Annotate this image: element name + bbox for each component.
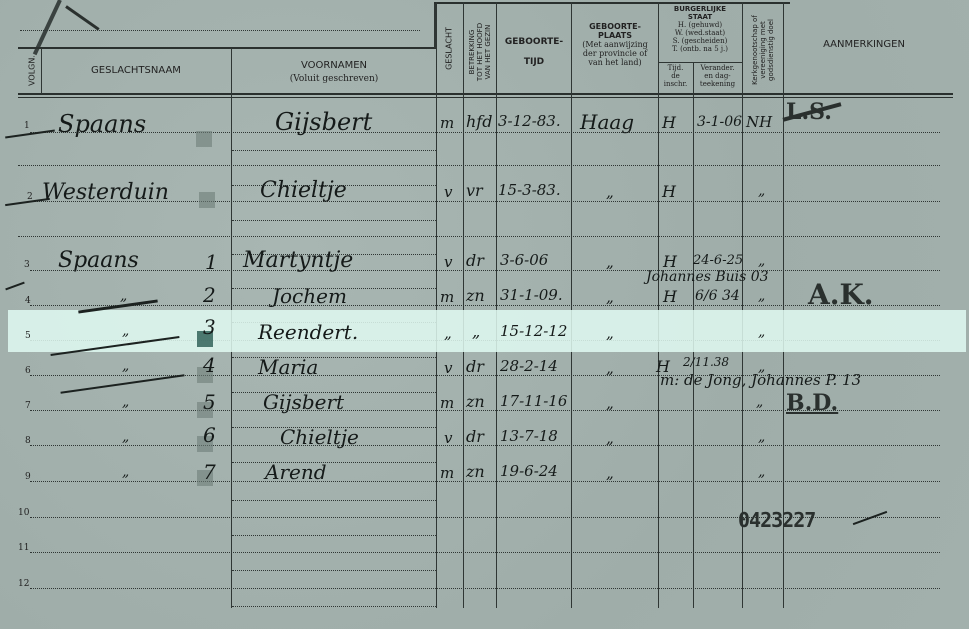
row-number: 1 bbox=[24, 121, 30, 131]
sex: m bbox=[440, 394, 454, 412]
header-betrekking: BETREKKING TOT HET HOOFD VAN HET GEZIN bbox=[468, 17, 492, 87]
civil-date: 3-1-06 bbox=[697, 114, 742, 130]
sex: v bbox=[444, 253, 452, 271]
header-aanmerkingen: AANMERKINGEN bbox=[784, 40, 944, 50]
relation: „ bbox=[472, 322, 480, 341]
birthplace: „ bbox=[606, 183, 614, 201]
church: „ bbox=[758, 288, 765, 304]
header-geboorteplaats: GEBOORTE- PLAATS (Met aanwijzing der pro… bbox=[572, 22, 658, 67]
header-voornamen-sub: (Voluit geschreven) bbox=[232, 74, 436, 84]
surname: „ bbox=[122, 429, 129, 445]
row-number: 11 bbox=[18, 543, 29, 553]
header-volgnr: VOLGN. bbox=[28, 51, 37, 91]
birthdate: 19-6-24 bbox=[500, 462, 558, 480]
surname: „ bbox=[122, 323, 129, 339]
child-marker: 1 bbox=[205, 250, 218, 274]
relation: vr bbox=[466, 181, 483, 200]
firstname: Chieltje bbox=[260, 178, 347, 203]
row-number: 7 bbox=[25, 401, 31, 411]
header-burgerlijke-staat: BURGERLIJKE STAAT H. (gehuwd) W. (wed.st… bbox=[658, 5, 742, 53]
personal-card: VOLGN. GESLACHTSNAAM VOORNAMEN (Voluit g… bbox=[0, 0, 969, 629]
sex: v bbox=[444, 359, 452, 377]
birthplace: „ bbox=[606, 464, 614, 482]
row-number: 12 bbox=[18, 579, 29, 589]
church: NH bbox=[746, 113, 772, 131]
relation: zn bbox=[466, 392, 485, 411]
birthdate: 17-11-16 bbox=[500, 392, 567, 410]
birthplace: „ bbox=[606, 429, 614, 447]
church: „ bbox=[758, 324, 765, 340]
firstname: Martyntje bbox=[243, 248, 353, 273]
relation: zn bbox=[466, 462, 485, 481]
relation: zn bbox=[466, 286, 485, 305]
header-geslachtsnaam: GESLACHTSNAAM bbox=[42, 66, 230, 76]
row-number: 8 bbox=[25, 436, 31, 446]
selected-row-highlight bbox=[8, 310, 966, 352]
sex: m bbox=[440, 288, 454, 306]
church: „ bbox=[758, 183, 765, 199]
row-number: 9 bbox=[25, 472, 31, 482]
surname: Spaans bbox=[58, 248, 139, 273]
birthdate: 31-1-09. bbox=[500, 286, 563, 304]
sex: v bbox=[444, 183, 452, 201]
civil-date: 24-6-25 bbox=[693, 253, 743, 268]
row-number: 10 bbox=[18, 508, 29, 518]
spouse-annotation: Johannes Buis 03 bbox=[646, 269, 769, 285]
surname: „ bbox=[122, 464, 129, 480]
birthdate: 13-7-18 bbox=[500, 427, 558, 445]
firstname: Chieltje bbox=[280, 425, 359, 449]
church: „ bbox=[758, 464, 765, 480]
civil-status: H bbox=[662, 182, 676, 201]
surname: „ bbox=[122, 394, 129, 410]
birthplace: „ bbox=[606, 324, 614, 342]
civil-date: 2/11.38 bbox=[683, 355, 729, 369]
child-marker: 2 bbox=[203, 283, 216, 307]
birthdate: 3-6-06 bbox=[500, 251, 548, 269]
civil-status: H bbox=[662, 113, 676, 132]
row-number: 4 bbox=[25, 296, 31, 306]
firstname: Reendert. bbox=[258, 320, 358, 344]
surname: „ bbox=[120, 288, 127, 304]
sex: m bbox=[440, 114, 454, 132]
firstname: Arend bbox=[265, 460, 327, 484]
header-geboortetijd: GEBOORTE- TIJD bbox=[497, 32, 571, 72]
child-marker: 4 bbox=[203, 353, 216, 377]
relation: dr bbox=[466, 251, 484, 270]
church: „ bbox=[756, 394, 763, 410]
header-tijd-inschr: Tijd. de inschr. bbox=[658, 64, 693, 88]
relation: dr bbox=[466, 357, 484, 376]
birthplace: „ bbox=[606, 288, 614, 306]
birthdate: 3-12-83. bbox=[498, 112, 561, 130]
pencil-mark bbox=[65, 5, 99, 30]
remark-stamp-ak: A.K. bbox=[808, 278, 874, 311]
surname: Spaans bbox=[58, 110, 146, 138]
civil-date: 6/6 34 bbox=[695, 288, 740, 304]
remark-stamp-bd: B.D. bbox=[786, 390, 838, 416]
child-marker: 3 bbox=[203, 315, 216, 339]
sex: m bbox=[440, 464, 454, 482]
firstname: Gijsbert bbox=[275, 108, 372, 136]
child-marker: 6 bbox=[203, 423, 216, 447]
row-number: 3 bbox=[24, 260, 30, 270]
surname: „ bbox=[122, 358, 129, 374]
checkbox-marker bbox=[199, 192, 215, 208]
birthplace: „ bbox=[606, 394, 614, 412]
header-verandering: Verander. en dag- teekening bbox=[693, 64, 742, 88]
sex: v bbox=[444, 429, 452, 447]
birthplace: „ bbox=[606, 253, 614, 271]
birthdate: 15-12-12 bbox=[500, 322, 567, 340]
header-kerkgenootschap: Kerkgenootschap of vereeniging met godsd… bbox=[751, 9, 775, 91]
sex: „ bbox=[444, 324, 452, 342]
relation: hfd bbox=[466, 112, 492, 131]
church: „ bbox=[758, 253, 765, 269]
church: „ bbox=[758, 429, 765, 445]
relation: dr bbox=[466, 427, 484, 446]
child-marker: 7 bbox=[203, 460, 216, 484]
row-number: 6 bbox=[25, 366, 31, 376]
child-marker: 5 bbox=[203, 390, 216, 414]
card-number: 0423227 bbox=[738, 508, 815, 532]
birthdate: 15-3-83. bbox=[498, 181, 561, 199]
firstname: Jochem bbox=[272, 284, 347, 308]
surname: Westerduin bbox=[42, 180, 169, 205]
birthplace: „ bbox=[606, 359, 614, 377]
spouse-annotation: m: de Jong, Johannes P. 13 bbox=[660, 371, 861, 389]
birthdate: 28-2-14 bbox=[500, 357, 558, 375]
civil-status: H bbox=[663, 287, 677, 306]
firstname: Maria bbox=[258, 355, 318, 379]
header-voornamen: VOORNAMEN bbox=[232, 61, 436, 71]
firstname: Gijsbert bbox=[263, 390, 344, 414]
header-geslacht: GESLACHT bbox=[445, 19, 454, 79]
birthplace: Haag bbox=[580, 110, 634, 134]
row-number: 5 bbox=[25, 331, 31, 341]
checkbox-marker bbox=[196, 131, 212, 147]
